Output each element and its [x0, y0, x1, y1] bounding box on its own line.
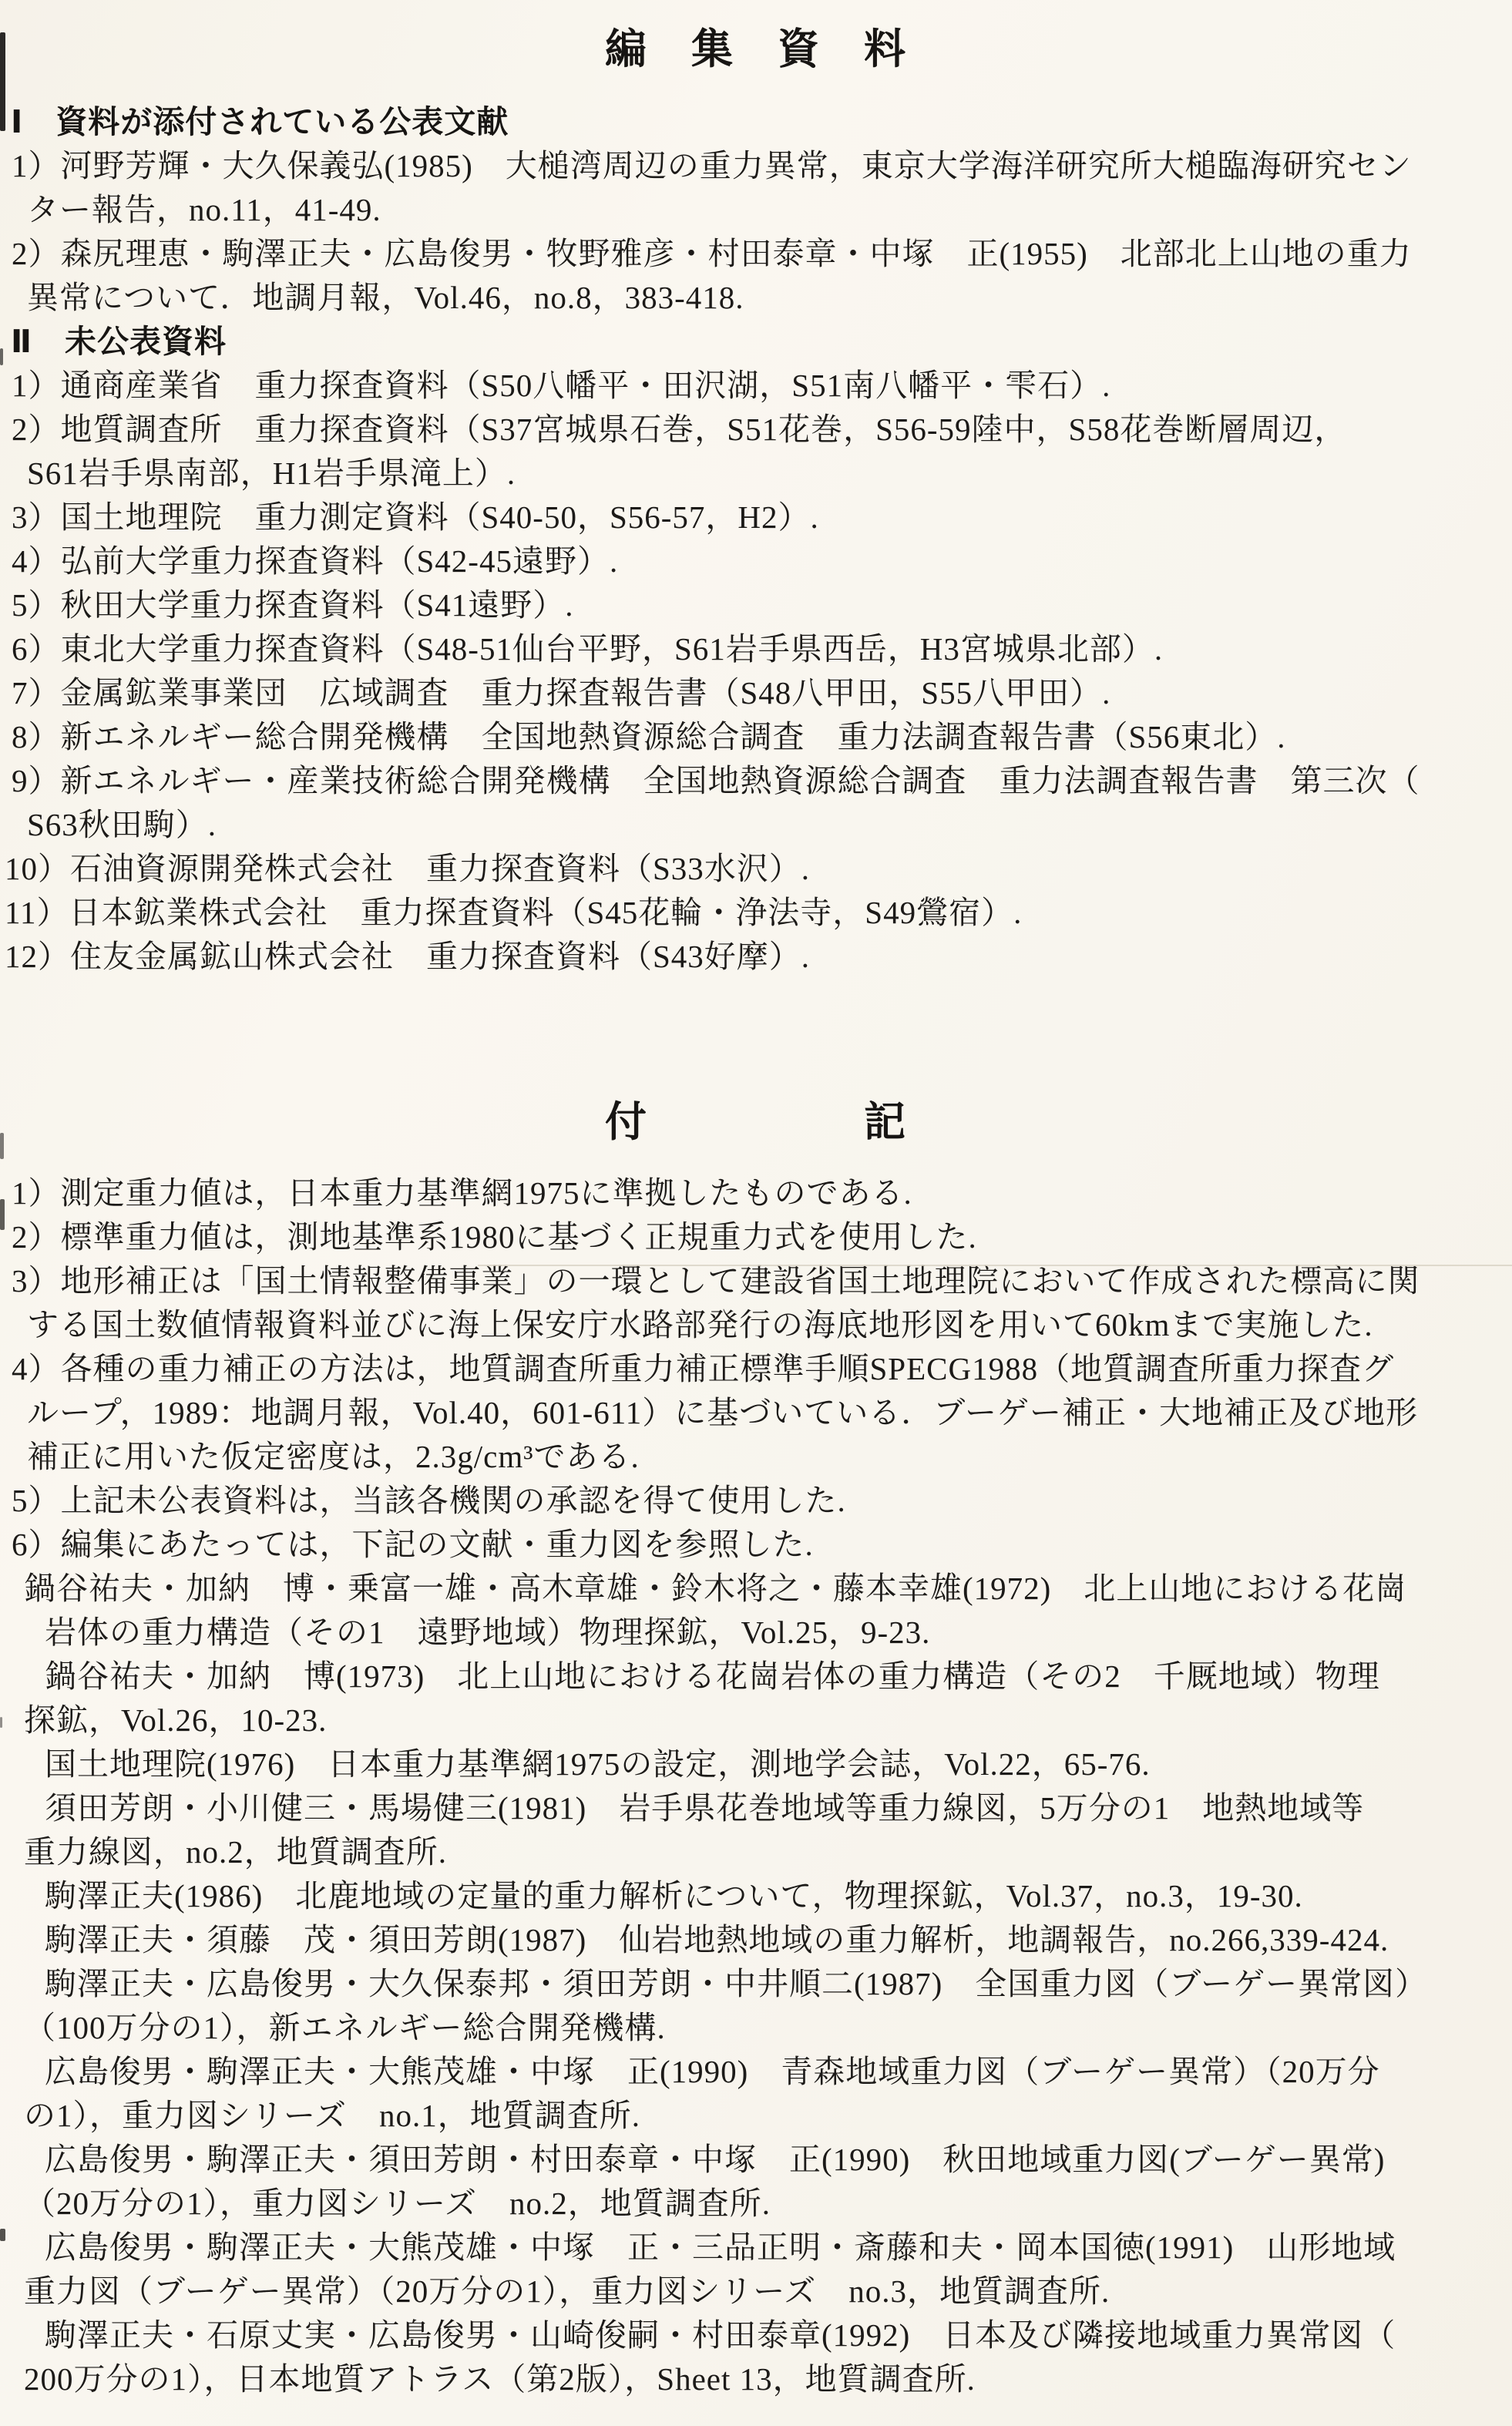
- text-line: 12）住友金属鉱山株式会社 重力探査資料（S43好摩）.: [0, 935, 1512, 979]
- scan-edge-artifact: [0, 1199, 5, 1230]
- text-line: 重力線図，no.2，地質調査所.: [0, 1830, 1512, 1874]
- text-line: S61岩手県南部，H1岩手県滝上）.: [0, 452, 1512, 496]
- text-line: 広島俊男・駒澤正夫・須田芳朗・村田泰章・中塚 正(1990) 秋田地域重力図(ブ…: [0, 2138, 1512, 2182]
- text-line: 2）森尻理恵・駒澤正夫・広島俊男・牧野雅彦・村田泰章・中塚 正(1955) 北部…: [0, 232, 1512, 276]
- text-line: 5）秋田大学重力探査資料（S41遠野）.: [0, 583, 1512, 627]
- text-line: 11）日本鉱業株式会社 重力探査資料（S45花輪・浄法寺，S49鶯宿）.: [0, 891, 1512, 935]
- scan-edge-artifact: [0, 32, 5, 131]
- text-line: ター報告，no.11，41-49.: [0, 188, 1512, 232]
- text-line: 1）測定重力値は，日本重力基準網1975に準拠したものである.: [0, 1171, 1512, 1215]
- scan-edge-artifact: [0, 2229, 5, 2241]
- text-line: 駒澤正夫・石原丈実・広島俊男・山崎俊嗣・村田泰章(1992) 日本及び隣接地域重…: [0, 2313, 1512, 2357]
- text-line: 鍋谷祐夫・加納 博・乗富一雄・高木章雄・鈴木将之・藤本幸雄(1972) 北上山地…: [0, 1567, 1512, 1611]
- text-line: 補正に用いた仮定密度は，2.3g/cm³である.: [0, 1435, 1512, 1479]
- text-line: 1）通商産業省 重力探査資料（S50八幡平・田沢湖，S51南八幡平・雫石）.: [0, 364, 1512, 408]
- text-line: 異常について．地調月報，Vol.46，no.8，383-418.: [0, 276, 1512, 320]
- text-line: 駒澤正夫・広島俊男・大久保泰邦・須田芳朗・中井順二(1987) 全国重力図（ブー…: [0, 1962, 1512, 2006]
- text-line: 広島俊男・駒澤正夫・大熊茂雄・中塚 正・三品正明・斎藤和夫・岡本国徳(1991)…: [0, 2226, 1512, 2270]
- document-page: 編 集 資 料 Ⅰ 資料が添付されている公表文献 1）河野芳輝・大久保義弘(19…: [0, 0, 1512, 2401]
- text-line: 須田芳朗・小川健三・馬場健三(1981) 岩手県花巻地域等重力線図，5万分の1 …: [0, 1786, 1512, 1830]
- reference-list: 鍋谷祐夫・加納 博・乗富一雄・高木章雄・鈴木将之・藤本幸雄(1972) 北上山地…: [0, 1567, 1512, 2401]
- section-2-body: 1）通商産業省 重力探査資料（S50八幡平・田沢湖，S51南八幡平・雫石）.2）…: [0, 364, 1512, 979]
- text-line: 10）石油資源開発株式会社 重力探査資料（S33水沢）.: [0, 847, 1512, 891]
- text-line: S63秋田駒）.: [0, 803, 1512, 847]
- text-line: 8）新エネルギー総合開発機構 全国地熱資源総合調査 重力法調査報告書（S56東北…: [0, 715, 1512, 759]
- text-line: 1）河野芳輝・大久保義弘(1985) 大槌湾周辺の重力異常，東京大学海洋研究所大…: [0, 144, 1512, 188]
- text-line: 3）国土地理院 重力測定資料（S40-50，S56-57，H2）.: [0, 496, 1512, 539]
- text-line: 200万分の1），日本地質アトラス（第2版），Sheet 13，地質調査所.: [0, 2357, 1512, 2401]
- text-line: 6）編集にあたっては，下記の文献・重力図を参照した.: [0, 1523, 1512, 1567]
- text-line: 国土地理院(1976) 日本重力基準網1975の設定，測地学会誌，Vol.22，…: [0, 1742, 1512, 1786]
- text-line: 4）各種の重力補正の方法は，地質調査所重力補正標準手順SPECG1988（地質調…: [0, 1347, 1512, 1391]
- text-line: 探鉱，Vol.26，10-23.: [0, 1699, 1512, 1742]
- text-line: 駒澤正夫(1986) 北鹿地域の定量的重力解析について，物理探鉱，Vol.37，…: [0, 1874, 1512, 1918]
- text-line: 2）地質調査所 重力探査資料（S37宮城県石巻，S51花巻，S56-59陸中，S…: [0, 408, 1512, 452]
- text-line: 広島俊男・駒澤正夫・大熊茂雄・中塚 正(1990) 青森地域重力図（ブーゲー異常…: [0, 2050, 1512, 2094]
- section-published-documents: Ⅰ 資料が添付されている公表文献 1）河野芳輝・大久保義弘(1985) 大槌湾周…: [0, 100, 1512, 320]
- section-unpublished-materials: Ⅱ 未公表資料 1）通商産業省 重力探査資料（S50八幡平・田沢湖，S51南八幡…: [0, 320, 1512, 979]
- text-line: 鍋谷祐夫・加納 博(1973) 北上山地における花崗岩体の重力構造（その2 千厩…: [0, 1655, 1512, 1699]
- text-line: ループ，1989：地調月報，Vol.40，601-611）に基づいている．ブーゲ…: [0, 1391, 1512, 1435]
- scan-edge-artifact: [0, 1133, 4, 1159]
- scan-edge-artifact: [0, 348, 3, 365]
- text-line: （100万分の1），新エネルギー総合開発機構.: [0, 2006, 1512, 2050]
- text-line: 7）金属鉱業事業団 広域調査 重力探査報告書（S48八甲田，S55八甲田）.: [0, 671, 1512, 715]
- page-title: 編 集 資 料: [0, 20, 1512, 79]
- text-line: （20万分の1），重力図シリーズ no.2，地質調査所.: [0, 2182, 1512, 2226]
- text-line: 9）新エネルギー・産業技術総合開発機構 全国地熱資源総合調査 重力法調査報告書 …: [0, 759, 1512, 803]
- text-line: 4）弘前大学重力探査資料（S42-45遠野）.: [0, 539, 1512, 583]
- text-line: 6）東北大学重力探査資料（S48-51仙台平野，S61岩手県西岳，H3宮城県北部…: [0, 627, 1512, 671]
- scan-line-artifact: [478, 1265, 1512, 1266]
- scan-edge-artifact: [0, 1717, 2, 1728]
- appendix-notes: 1）測定重力値は，日本重力基準網1975に準拠したものである.2）標準重力値は，…: [0, 1171, 1512, 1567]
- appendix-title: 付 記: [0, 1093, 1512, 1151]
- section-1-heading: Ⅰ 資料が添付されている公表文献: [0, 100, 1512, 144]
- text-line: 2）標準重力値は，測地基準系1980に基づく正規重力式を使用した.: [0, 1215, 1512, 1259]
- title-gap: [0, 79, 1512, 100]
- text-line: 5）上記未公表資料は，当該各機関の承認を得て使用した.: [0, 1479, 1512, 1523]
- section-1-body: 1）河野芳輝・大久保義弘(1985) 大槌湾周辺の重力異常，東京大学海洋研究所大…: [0, 144, 1512, 320]
- text-line: 駒澤正夫・須藤 茂・須田芳朗(1987) 仙岩地熱地域の重力解析，地調報告，no…: [0, 1918, 1512, 1962]
- section-2-heading: Ⅱ 未公表資料: [0, 320, 1512, 364]
- text-line: の1），重力図シリーズ no.1，地質調査所.: [0, 2094, 1512, 2138]
- text-line: する国土数値情報資料並びに海上保安庁水路部発行の海底地形図を用いて60kmまで実…: [0, 1303, 1512, 1347]
- text-line: 重力図（ブーゲー異常）（20万分の1），重力図シリーズ no.3，地質調査所.: [0, 2270, 1512, 2313]
- text-line: 岩体の重力構造（その1 遠野地域）物理探鉱，Vol.25，9-23.: [0, 1611, 1512, 1655]
